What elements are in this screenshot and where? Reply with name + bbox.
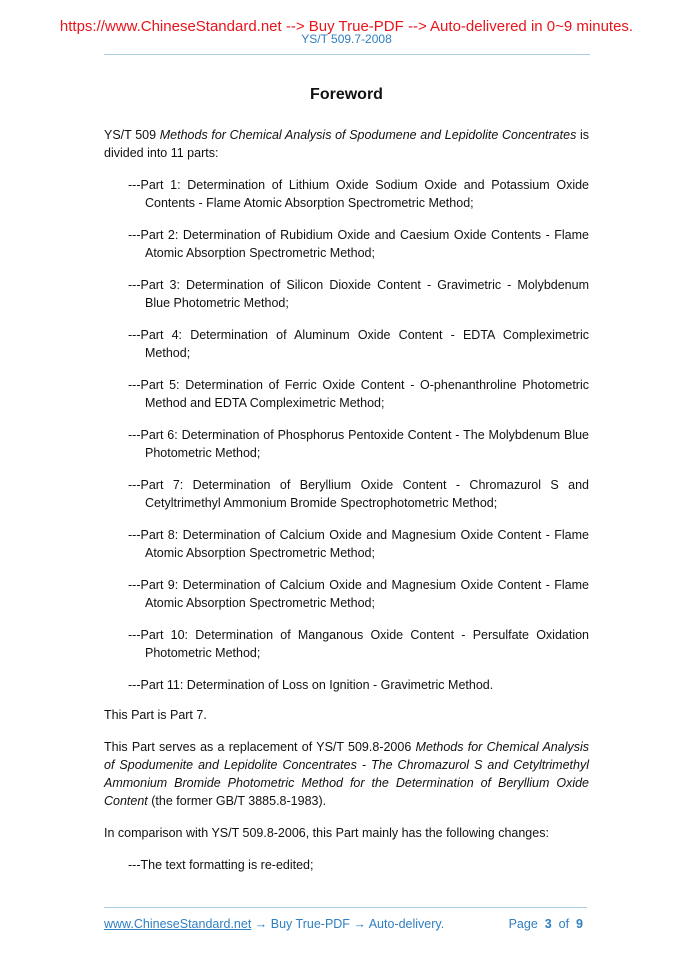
page-footer: www.ChineseStandard.net → Buy True-PDF →…: [104, 917, 587, 931]
part-item: ---Part 2: Determination of Rubidium Oxi…: [128, 226, 589, 262]
change-item: ---The text formatting is re-edited;: [128, 856, 589, 874]
part-item: ---Part 9: Determination of Calcium Oxid…: [128, 576, 589, 612]
intro-paragraph: YS/T 509 Methods for Chemical Analysis o…: [104, 126, 589, 162]
part-item: ---Part 3: Determination of Silicon Diox…: [128, 276, 589, 312]
footer-tagline: → Buy True-PDF → Auto-delivery.: [251, 917, 444, 931]
document-code-header: YS/T 509.7-2008: [0, 32, 693, 46]
replacement-suffix: (the former GB/T 3885.8-1983).: [148, 794, 326, 808]
page-of: of: [559, 917, 569, 931]
replacement-prefix: This Part serves as a replacement of YS/…: [104, 740, 416, 754]
page-total: 9: [576, 917, 583, 931]
intro-prefix: YS/T 509: [104, 128, 160, 142]
header-rule: [104, 54, 590, 55]
page-title: Foreword: [0, 86, 693, 104]
page-label: Page: [509, 917, 538, 931]
part-item: ---Part 11: Determination of Loss on Ign…: [128, 676, 589, 694]
replacement-paragraph: This Part serves as a replacement of YS/…: [104, 738, 589, 810]
parts-list: ---Part 1: Determination of Lithium Oxid…: [104, 176, 589, 694]
document-body: YS/T 509 Methods for Chemical Analysis o…: [104, 126, 589, 888]
page-current: 3: [545, 917, 552, 931]
intro-standard-title: Methods for Chemical Analysis of Spodume…: [160, 128, 577, 142]
footer-rule: [104, 907, 587, 908]
changes-list: ---The text formatting is re-edited;: [104, 856, 589, 874]
page-indicator: Page 3 of 9: [509, 917, 583, 931]
part-item: ---Part 7: Determination of Beryllium Ox…: [128, 476, 589, 512]
part-item: ---Part 10: Determination of Manganous O…: [128, 626, 589, 662]
this-part-paragraph: This Part is Part 7.: [104, 706, 589, 724]
part-item: ---Part 5: Determination of Ferric Oxide…: [128, 376, 589, 412]
part-item: ---Part 4: Determination of Aluminum Oxi…: [128, 326, 589, 362]
chinesestandard-link[interactable]: www.ChineseStandard.net: [104, 917, 251, 931]
part-item: ---Part 6: Determination of Phosphorus P…: [128, 426, 589, 462]
part-item: ---Part 8: Determination of Calcium Oxid…: [128, 526, 589, 562]
part-item: ---Part 1: Determination of Lithium Oxid…: [128, 176, 589, 212]
comparison-paragraph: In comparison with YS/T 509.8-2006, this…: [104, 824, 589, 842]
